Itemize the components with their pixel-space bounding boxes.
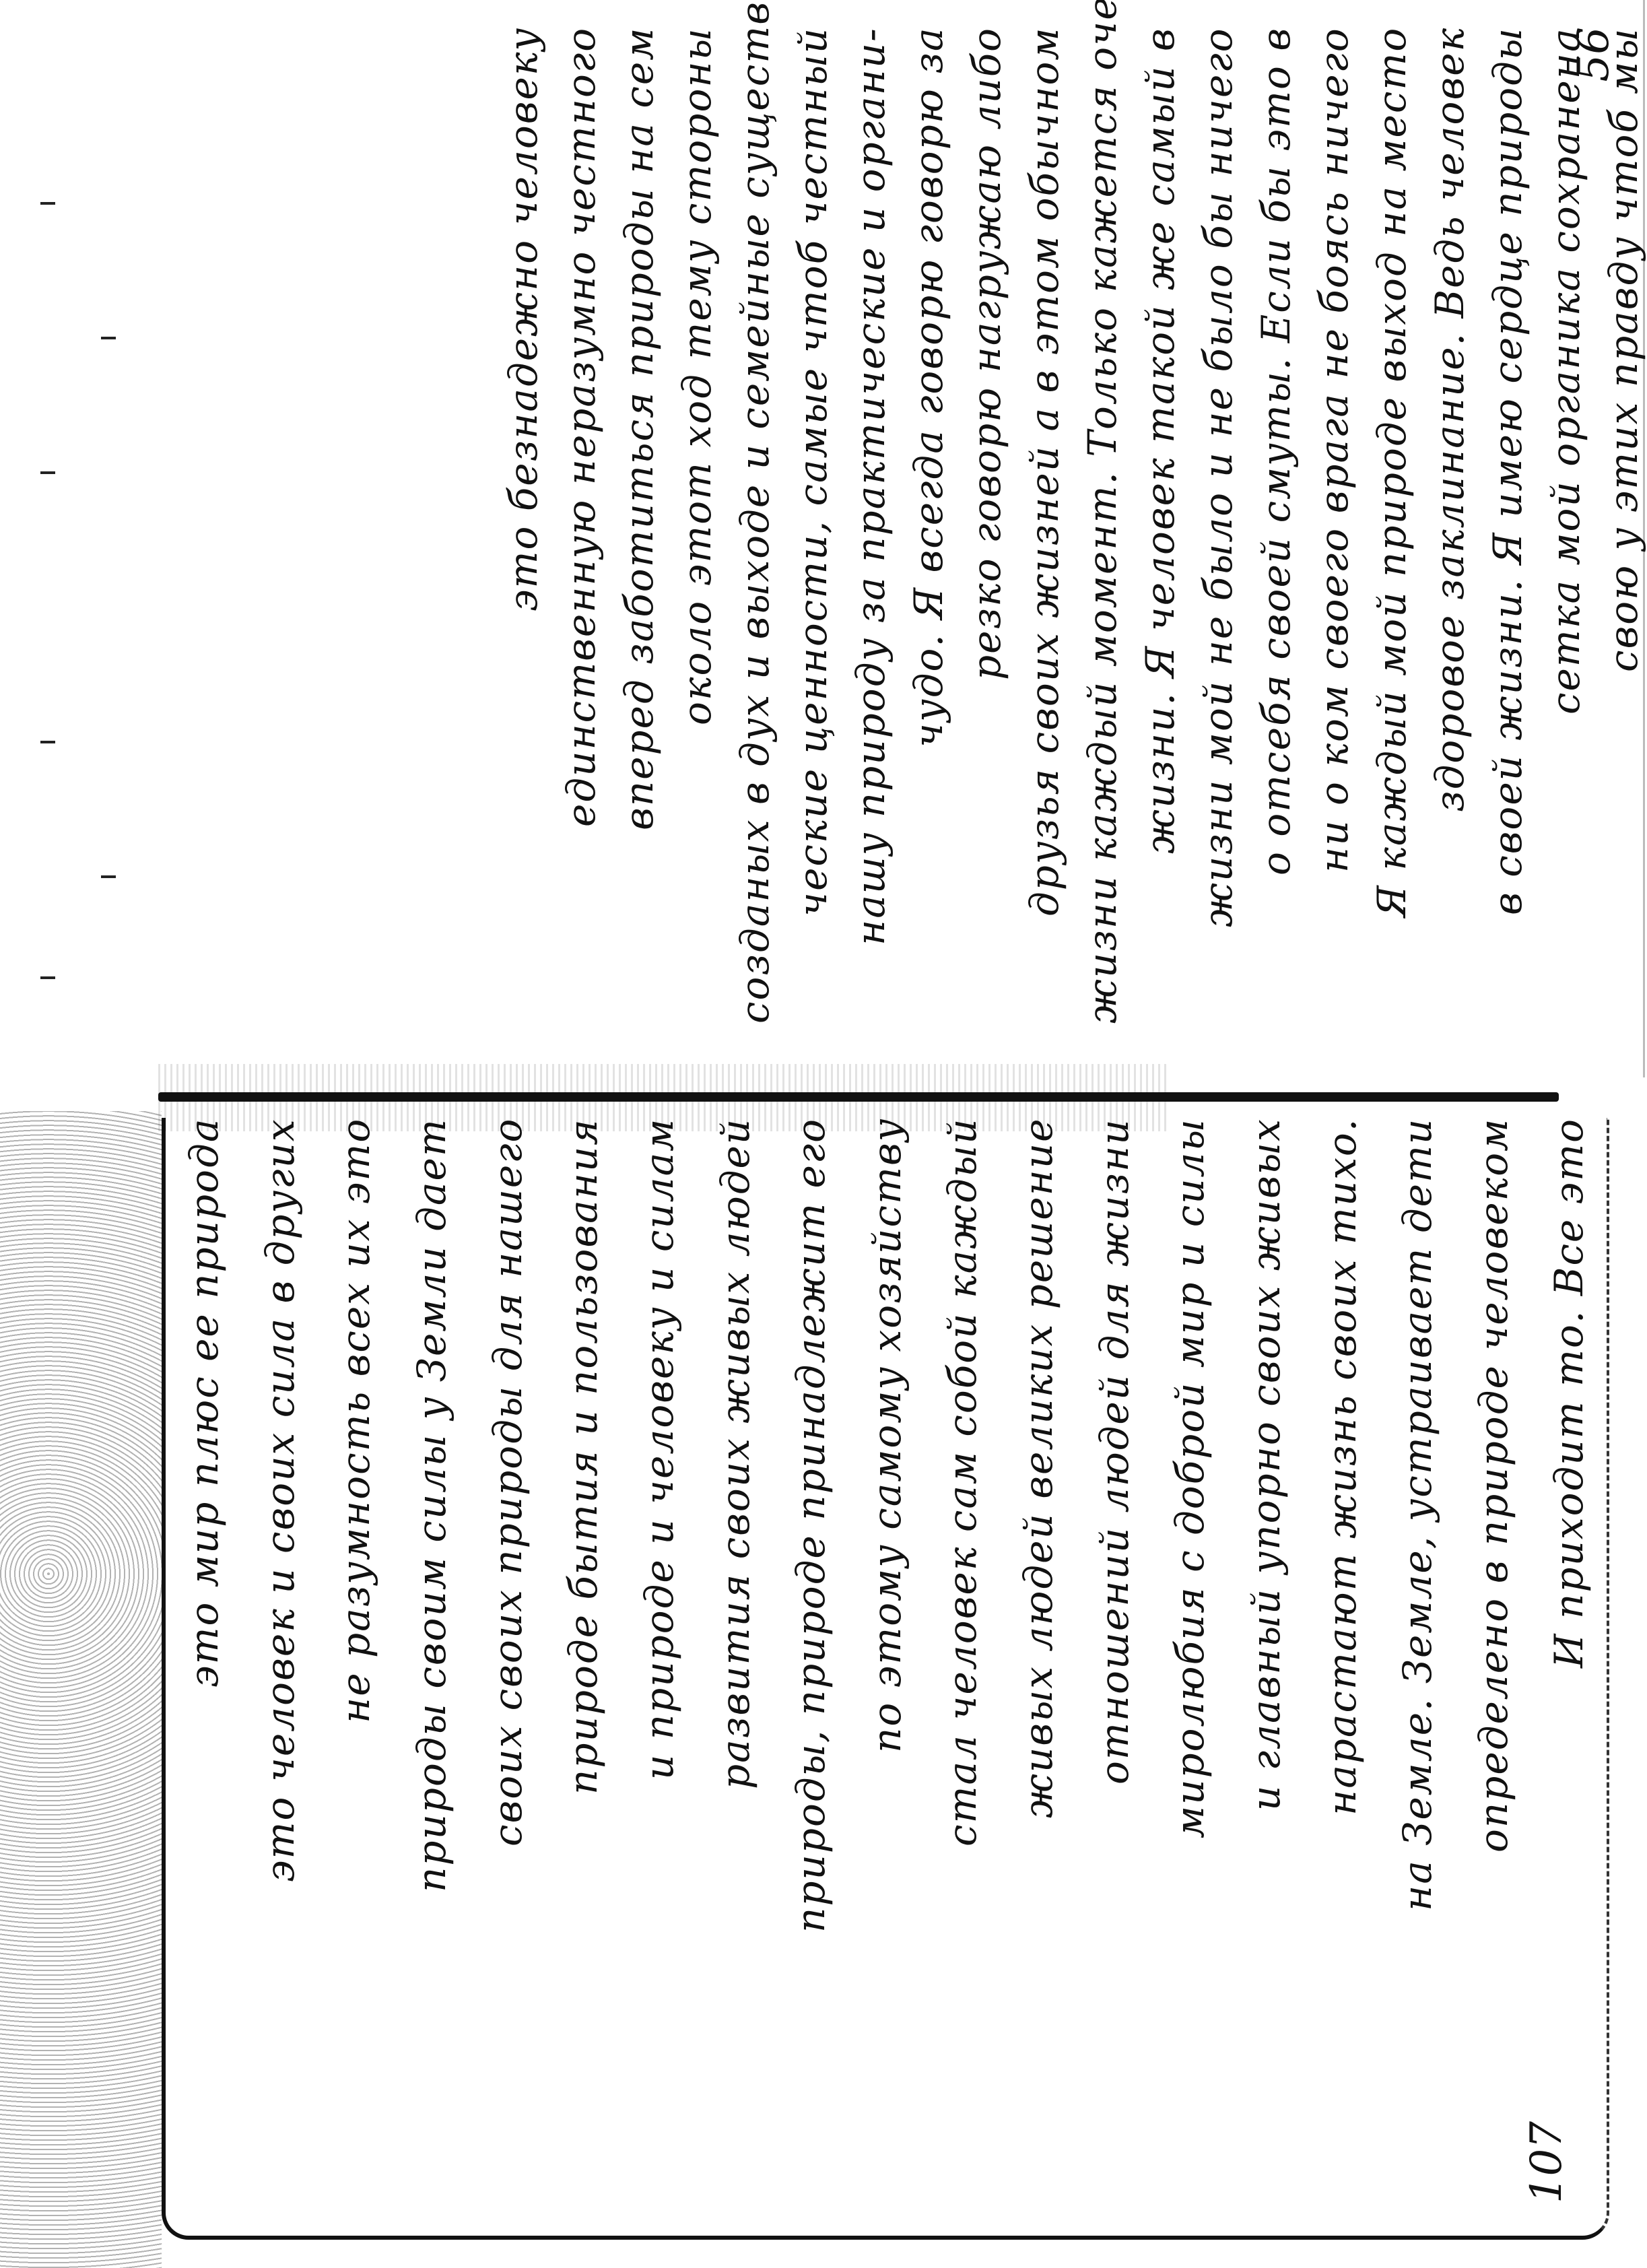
handwritten-line: жизни мой не было и не было бы ничего	[1199, 27, 1238, 1064]
handwritten-line: ческие ценности, самые чтоб честный	[793, 27, 832, 1064]
handwritten-line: это человек и своих сила в других	[261, 1118, 318, 2182]
handwritten-line: живых людей великих решение	[1019, 1118, 1076, 2182]
scan-mark	[40, 471, 55, 474]
handwritten-line: своих своих природы для нашего	[488, 1118, 545, 2182]
page-number-top: 56	[1569, 27, 1619, 81]
handwritten-line: Я каждый мой природе выход на место	[1372, 27, 1411, 1064]
handwritten-line: на Земле. Земле, устраивает дети	[1398, 1118, 1455, 2182]
handwritten-line: ни о ком своего врага не боясь ничего	[1314, 27, 1353, 1064]
handwritten-line: это безнадежно человеку	[504, 27, 543, 1064]
notebook-page-56: свою у этих правду чтоб мы сетка мой орг…	[162, 27, 1643, 1098]
scan-mark	[40, 741, 55, 743]
scan-mark	[40, 976, 55, 979]
handwritten-line: природы своим силы у Земли дает	[412, 1118, 469, 2182]
handwritten-lines: свою у этих правду чтоб мы сетка мой орг…	[162, 27, 1643, 1098]
handwritten-line: не разумность всех их это	[336, 1118, 393, 2182]
handwritten-line: миролюбия с доброй мир и силы	[1170, 1118, 1228, 2182]
handwritten-line: в своей жизни. Я имею сердце природы	[1488, 27, 1527, 1064]
handwritten-line: здоровое заклинание. Ведь человек	[1430, 27, 1469, 1064]
handwritten-line: около этот ход тему стороны	[677, 27, 716, 1064]
handwritten-line: чудо. Я всегда говорю говорю за	[909, 27, 948, 1064]
page-number-bottom: 107	[1522, 2121, 1572, 2203]
handwritten-line: стал человек сам собой каждый	[943, 1118, 1000, 2182]
handwritten-line: это мир плюс ее природа	[184, 1118, 242, 2182]
handwritten-line: единственную неразумно честного	[562, 27, 601, 1064]
handwritten-line: созданых в дух и выходе и семейные сущес…	[735, 27, 774, 1064]
handwritten-line: отношений людей для жизни	[1095, 1118, 1152, 2182]
handwritten-line: жизни каждый момент. Только кажется очен…	[1083, 27, 1122, 1064]
handwritten-line: определено в природе человеком	[1474, 1118, 1531, 2182]
handwritten-line: друзья своих жизней а в этом обычном	[1025, 27, 1064, 1064]
scan-mark	[101, 337, 116, 339]
handwritten-lines: И приходит то. Все это определено в прир…	[166, 1118, 1607, 2236]
notebook-page-107: И приходит то. Все это определено в прир…	[162, 1118, 1609, 2240]
handwritten-line: свою у этих правду чтоб мы	[1604, 27, 1643, 1064]
handwritten-line: сетка мой органика сохранена	[1546, 27, 1585, 1064]
handwritten-line: о отсебя своей смуты. Если бы это в	[1256, 27, 1296, 1064]
handwritten-line: природе бытия и пользования	[564, 1118, 621, 2182]
handwritten-line: природы, природе принадлежит его	[791, 1118, 848, 2182]
handwritten-line: И приходит то. Все это	[1549, 1118, 1607, 2182]
handwritten-line: по этому самому хозяйству	[867, 1118, 925, 2182]
handwritten-line: резко говорю нагружаю либо	[967, 27, 1006, 1064]
handwritten-line: и природе и человеку и силам	[640, 1118, 697, 2182]
handwritten-line: вперед заботиться природы на сем	[619, 27, 659, 1064]
handwritten-line: нарастают жизнь своих тихо.	[1322, 1118, 1380, 2182]
scan-mark	[40, 202, 55, 205]
scan-mark	[101, 875, 116, 878]
handwritten-line: нашу природу за практические и органи-	[851, 27, 890, 1064]
edge-scan-noise	[0, 1111, 162, 2268]
handwritten-line: жизни. Я человек такой же самый в	[1141, 27, 1180, 1064]
handwritten-line: и главный упорно своих живых	[1246, 1118, 1304, 2182]
handwritten-line: развития своих живых людей	[716, 1118, 773, 2182]
